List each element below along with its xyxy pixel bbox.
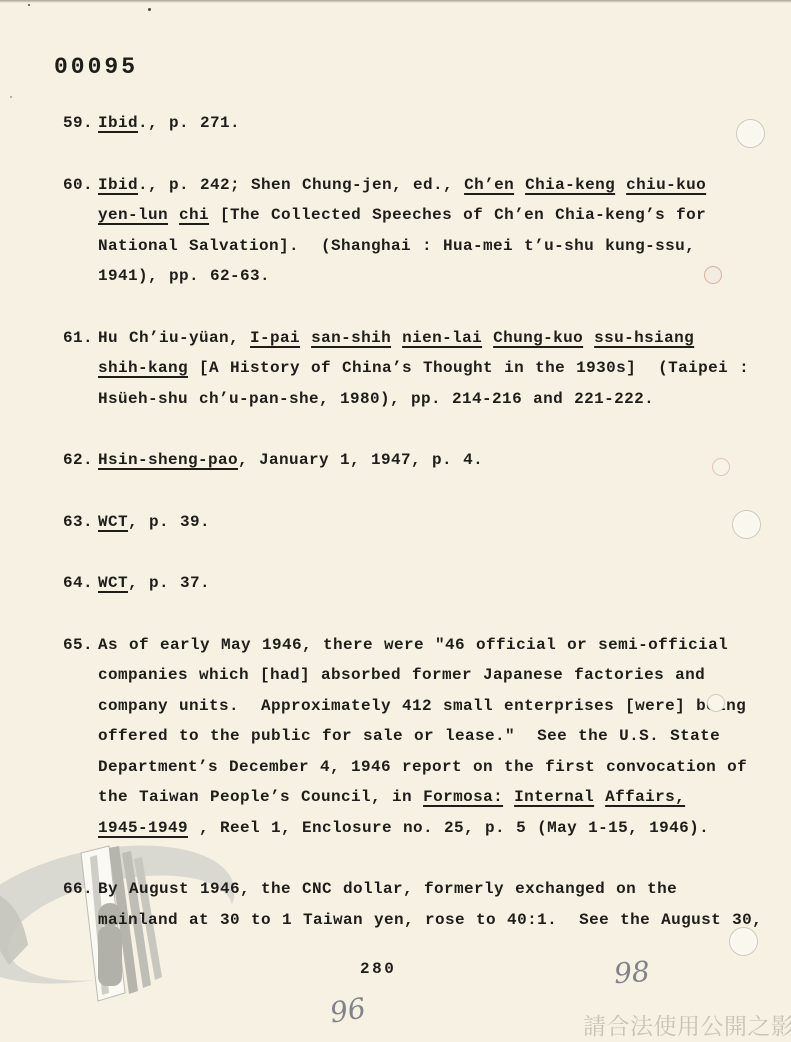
- footnote-line: Hsin-sheng-pao, January 1, 1947, p. 4.: [98, 445, 779, 476]
- usage-watermark-text: 請合法使用公開之影像: [583, 1008, 791, 1041]
- footnote-line: WCT, p. 39.: [98, 507, 779, 538]
- footnote-body: Hu Ch’iu-yüan, I-pai san-shih nien-lai C…: [98, 323, 779, 415]
- scan-speck: [10, 96, 12, 98]
- footnote-body: WCT, p. 39.: [98, 507, 779, 538]
- hole-punch: [712, 458, 730, 476]
- footnote-number: 60.: [63, 170, 98, 292]
- hole-punch: [707, 694, 725, 712]
- footnote-body: By August 1946, the CNC dollar, formerly…: [98, 874, 779, 935]
- footnote-body: Ibid., p. 242; Shen Chung-jen, ed., Ch’e…: [98, 170, 779, 292]
- footnote-body: WCT, p. 37.: [98, 568, 779, 599]
- scan-speck: [28, 4, 30, 6]
- footnote-item: 66.By August 1946, the CNC dollar, forme…: [63, 874, 779, 935]
- footnote-number: 61.: [63, 323, 98, 415]
- footnote-line: Hsüeh-shu ch’u-pan-she, 1980), pp. 214-2…: [98, 384, 779, 415]
- page-number: 280: [360, 960, 396, 978]
- footnote-item: 63.WCT, p. 39.: [63, 507, 779, 538]
- footnote-number: 62.: [63, 445, 98, 476]
- footnote-line: companies which [had] absorbed former Ja…: [98, 660, 779, 691]
- footnote-line: shih-kang [A History of China’s Thought …: [98, 353, 779, 384]
- footnote-line: WCT, p. 37.: [98, 568, 779, 599]
- handwritten-number-left: 96: [328, 991, 368, 1029]
- footnote-body: Ibid., p. 271.: [98, 108, 779, 139]
- handwritten-number-right: 98: [613, 955, 651, 990]
- footnote-line: Department’s December 4, 1946 report on …: [98, 752, 779, 783]
- footnote-line: As of early May 1946, there were "46 off…: [98, 630, 779, 661]
- footnote-item: 65.As of early May 1946, there were "46 …: [63, 630, 779, 844]
- footnote-line: company units. Approximately 412 small e…: [98, 691, 779, 722]
- footnote-line: 1941), pp. 62-63.: [98, 261, 779, 292]
- scan-id: 00095: [54, 54, 138, 80]
- footnote-item: 60.Ibid., p. 242; Shen Chung-jen, ed., C…: [63, 170, 779, 292]
- footnote-line: the Taiwan People’s Council, in Formosa:…: [98, 782, 779, 813]
- footnote-number: 66.: [63, 874, 98, 935]
- footnote-line: 1945-1949 , Reel 1, Enclosure no. 25, p.…: [98, 813, 779, 844]
- footnote-item: 64.WCT, p. 37.: [63, 568, 779, 599]
- footnote-number: 64.: [63, 568, 98, 599]
- scan-edge-artifact: [0, 0, 791, 3]
- hole-punch: [704, 266, 722, 284]
- scanned-document-page: { "page": { "scan_id": "00095", "page_nu…: [0, 0, 791, 1042]
- footnote-number: 63.: [63, 507, 98, 538]
- footnote-item: 59.Ibid., p. 271.: [63, 108, 779, 139]
- hole-punch: [729, 927, 758, 956]
- footnote-line: Ibid., p. 271.: [98, 108, 779, 139]
- footnote-line: By August 1946, the CNC dollar, formerly…: [98, 874, 779, 905]
- footnote-list: 59.Ibid., p. 271.60.Ibid., p. 242; Shen …: [63, 108, 779, 966]
- footnote-item: 61.Hu Ch’iu-yüan, I-pai san-shih nien-la…: [63, 323, 779, 415]
- footnote-line: yen-lun chi [The Collected Speeches of C…: [98, 200, 779, 231]
- footnote-number: 59.: [63, 108, 98, 139]
- footnote-item: 62.Hsin-sheng-pao, January 1, 1947, p. 4…: [63, 445, 779, 476]
- footnote-line: Hu Ch’iu-yüan, I-pai san-shih nien-lai C…: [98, 323, 779, 354]
- footnote-line: Ibid., p. 242; Shen Chung-jen, ed., Ch’e…: [98, 170, 779, 201]
- footnote-line: offered to the public for sale or lease.…: [98, 721, 779, 752]
- footnote-line: mainland at 30 to 1 Taiwan yen, rose to …: [98, 905, 779, 936]
- footnote-line: National Salvation]. (Shanghai : Hua-mei…: [98, 231, 779, 262]
- hole-punch: [732, 510, 761, 539]
- footnote-body: Hsin-sheng-pao, January 1, 1947, p. 4.: [98, 445, 779, 476]
- hole-punch: [736, 119, 765, 148]
- footnote-body: As of early May 1946, there were "46 off…: [98, 630, 779, 844]
- scan-speck: [148, 8, 151, 11]
- footnote-number: 65.: [63, 630, 98, 844]
